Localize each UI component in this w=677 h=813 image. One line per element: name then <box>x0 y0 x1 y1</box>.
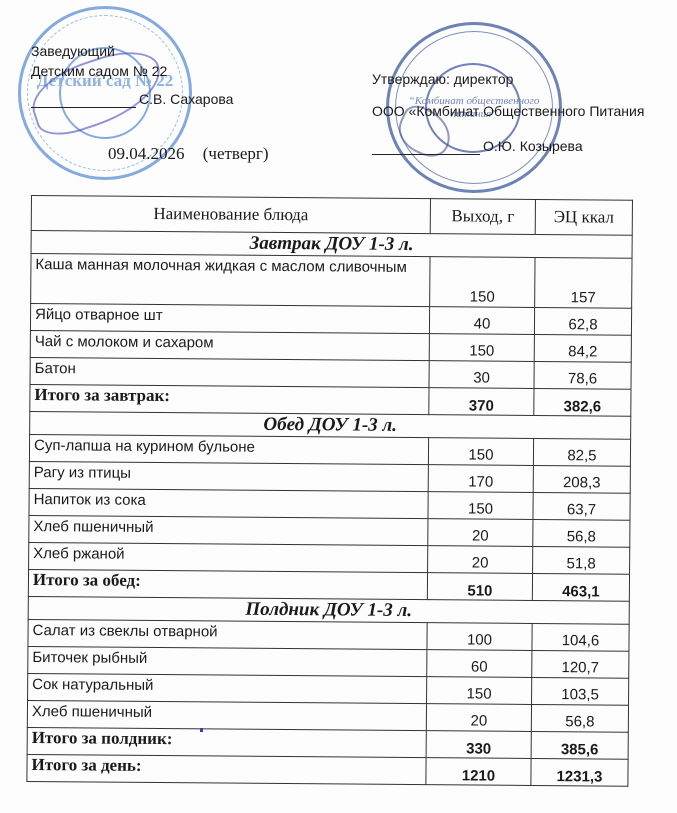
dish-yield: 150 <box>430 257 535 308</box>
dish-yield: 170 <box>428 465 533 493</box>
day-total-yield: 1210 <box>426 758 531 786</box>
total-kcal: 385,6 <box>531 731 628 759</box>
total-yield: 510 <box>427 573 532 601</box>
total-kcal: 382,6 <box>534 388 631 416</box>
approver-right-title: Утверждаю: директор <box>372 70 513 88</box>
column-header-yield: Выход, г <box>430 199 535 235</box>
dish-yield: 20 <box>426 704 531 732</box>
approver-right-name: О.Ю. Козырева <box>483 137 583 155</box>
dish-name: Салат из свеклы отварной <box>28 619 427 649</box>
dish-kcal: 56,8 <box>531 704 628 732</box>
column-header-dish: Наименование блюда <box>31 196 430 234</box>
dish-name: Каша манная молочная жидкая с маслом сли… <box>31 254 430 307</box>
approver-left-title: Заведующий <box>31 42 115 60</box>
dish-name: Яйцо отварное шт <box>30 304 429 334</box>
dish-yield: 100 <box>427 623 532 651</box>
dish-name: Напиток из сока <box>29 488 428 518</box>
ink-dot <box>200 728 203 732</box>
dish-name: Батон <box>30 357 429 387</box>
dish-yield: 60 <box>427 650 532 678</box>
dish-kcal: 63,7 <box>533 492 630 520</box>
total-kcal: 463,1 <box>532 573 629 601</box>
dish-name: Биточек рыбный <box>28 646 427 676</box>
menu-date: 09.04.2026 (четверг) <box>108 144 283 164</box>
dish-yield: 150 <box>427 677 532 705</box>
signature-underline <box>31 92 136 108</box>
menu-table: Наименование блюда Выход, г ЭЦ ккал Завт… <box>26 195 633 787</box>
dish-name: Суп-лапша на курином бульоне <box>29 434 428 464</box>
dish-name: Хлеб пшеничный <box>29 515 428 545</box>
dish-kcal: 103,5 <box>532 677 629 705</box>
dish-name: Хлеб пшеничный <box>27 700 426 730</box>
date-value: 09.04.2026 <box>108 144 185 163</box>
approver-right-signature-line: О.Ю. Козырева <box>372 137 583 155</box>
dish-yield: 150 <box>428 438 533 466</box>
table-row: Каша манная молочная жидкая с маслом сли… <box>31 254 632 309</box>
total-yield: 370 <box>429 388 534 416</box>
dish-yield: 40 <box>429 307 534 335</box>
dish-kcal: 78,6 <box>534 361 631 389</box>
dish-name: Чай с молоком и сахаром <box>30 330 429 360</box>
dish-kcal: 56,8 <box>533 519 630 547</box>
approver-left-signature-line: С.В. Сахарова <box>31 90 233 108</box>
menu-body: Завтрак ДОУ 1-3 л.Каша манная молочная ж… <box>27 231 632 787</box>
dish-kcal: 51,8 <box>533 546 630 574</box>
signature-underline <box>372 139 480 155</box>
dish-kcal: 104,6 <box>532 623 629 651</box>
total-label: Итого за завтрак: <box>30 384 429 414</box>
table-header-row: Наименование блюда Выход, г ЭЦ ккал <box>31 196 632 236</box>
dish-name: Рагу из птицы <box>29 461 428 491</box>
dish-kcal: 208,3 <box>533 465 630 493</box>
approver-left-name: С.В. Сахарова <box>139 90 233 108</box>
date-weekday: (четверг) <box>203 144 269 163</box>
dish-kcal: 62,8 <box>534 307 631 335</box>
dish-kcal: 120,7 <box>532 650 629 678</box>
dish-name: Сок натуральный <box>28 673 427 703</box>
column-header-kcal: ЭЦ ккал <box>535 199 632 235</box>
dish-kcal: 157 <box>535 257 632 308</box>
day-total-kcal: 1231,3 <box>531 758 628 786</box>
dish-yield: 30 <box>429 361 534 389</box>
dish-yield: 150 <box>428 492 533 520</box>
day-total-row: Итого за день:12101231,3 <box>27 754 628 786</box>
dish-yield: 20 <box>428 546 533 574</box>
dish-kcal: 82,5 <box>533 438 630 466</box>
dish-yield: 20 <box>428 519 533 547</box>
approver-left-org: Детским садом № 22 <box>31 62 167 80</box>
dish-name: Хлеб ржаной <box>29 542 428 572</box>
dish-kcal: 84,2 <box>534 334 631 362</box>
dish-yield: 150 <box>429 334 534 362</box>
total-label: Итого за полдник: <box>27 727 426 757</box>
total-label: Итого за обед: <box>28 569 427 599</box>
total-yield: 330 <box>426 731 531 759</box>
approver-right-org: ООО «Комбинат Общественного Питания <box>372 102 644 120</box>
day-total-label: Итого за день: <box>27 754 426 784</box>
